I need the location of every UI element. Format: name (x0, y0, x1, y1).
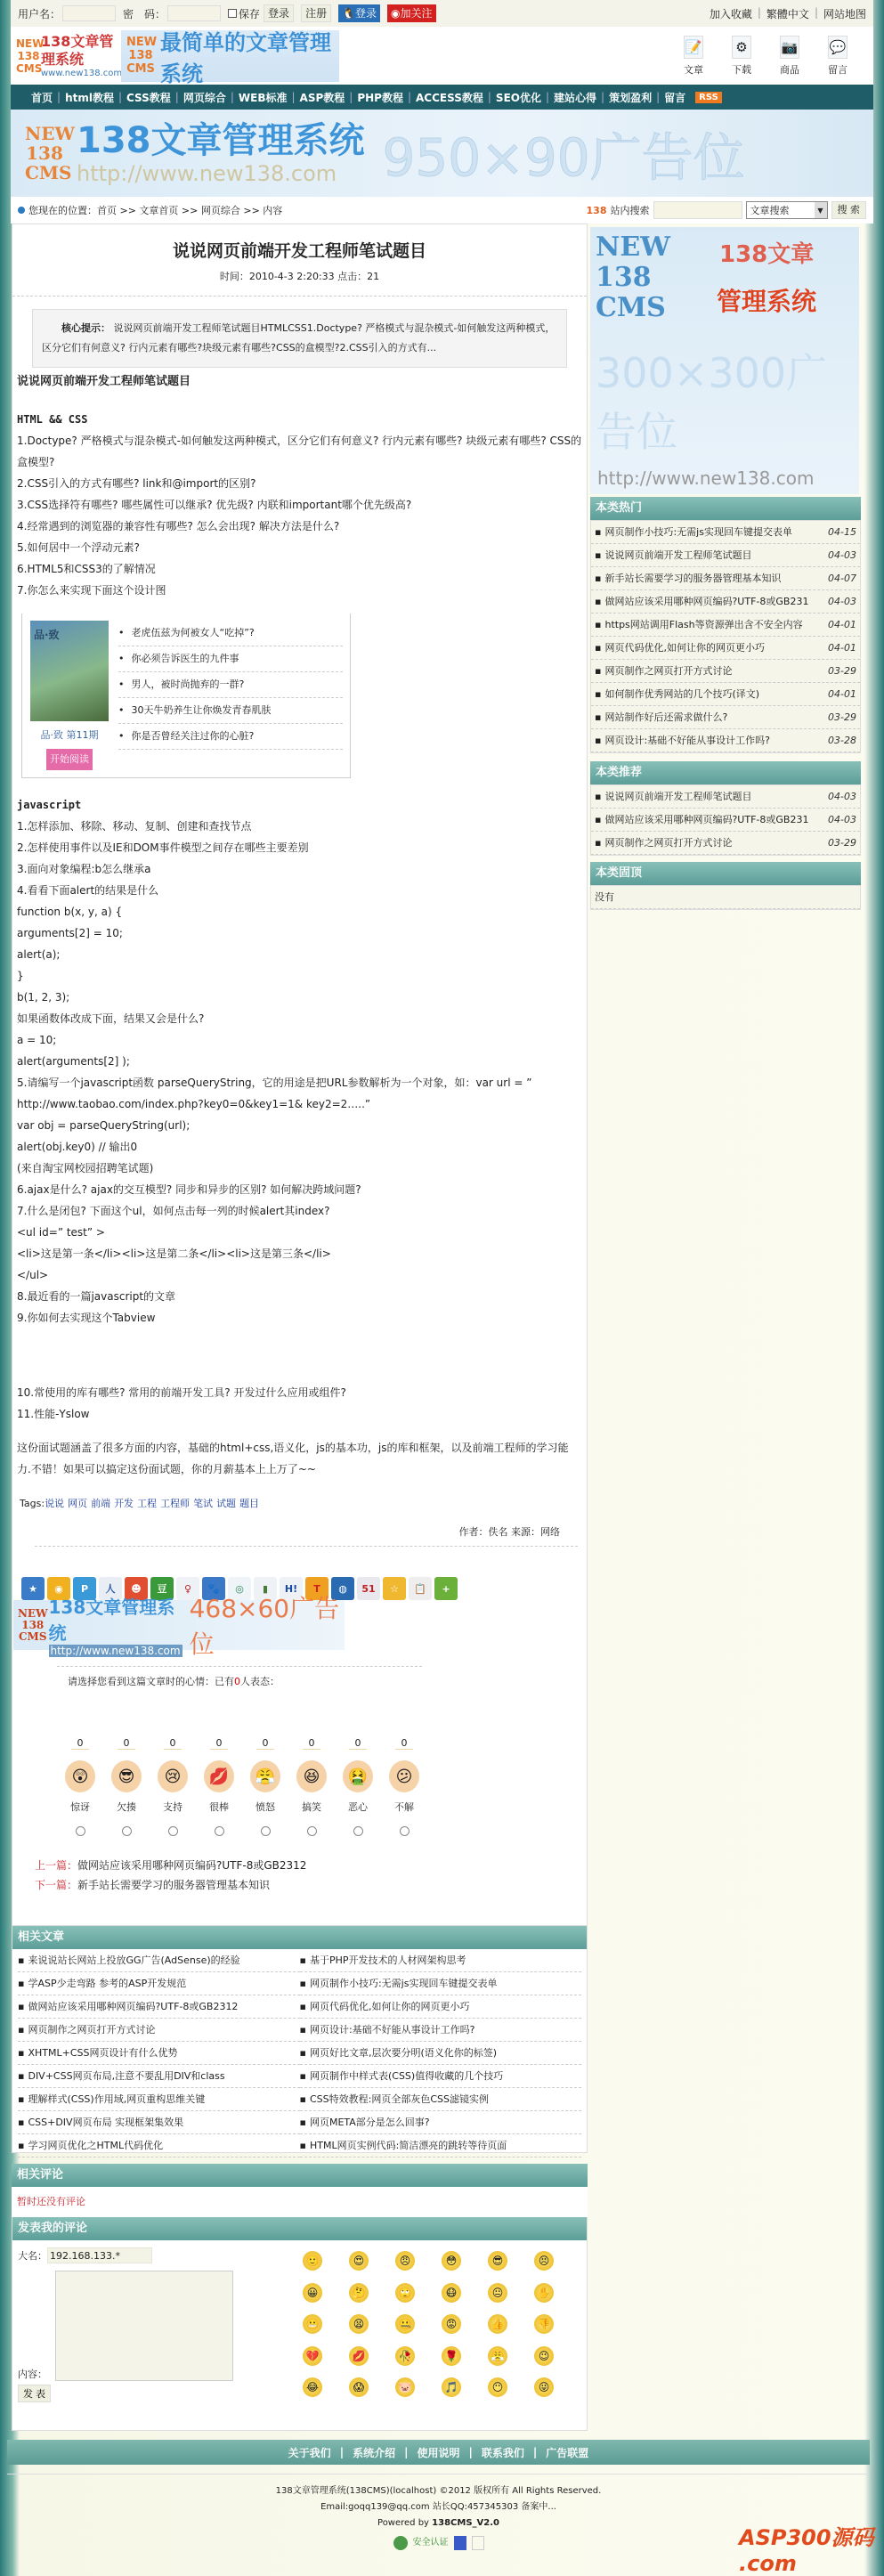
tag-link[interactable]: 题目 (239, 1498, 259, 1509)
article-meta: 时间：2010-4-3 2:20:33 点击：21 (12, 269, 587, 297)
bullet-icon (18, 207, 25, 214)
related-item[interactable]: 网页制作之网页打开方式讨论 (18, 2019, 300, 2042)
remember-checkbox[interactable]: 保存 (228, 6, 260, 21)
emoticon-icon[interactable]: 😳 (442, 2251, 461, 2271)
emoticon-icon[interactable]: 🌹 (442, 2346, 461, 2366)
footer-intro-link[interactable]: 系统介绍 (353, 2445, 395, 2460)
footer-ad-link[interactable]: 广告联盟 (546, 2445, 588, 2460)
tag-link[interactable]: 前端 (91, 1498, 110, 1509)
article-body: 说说网页前端开发工程师笔试题目 HTML && CSS 1.Doctype? 严… (12, 371, 587, 1480)
support-face-icon: 😢 (158, 1760, 188, 1792)
security-shield-icon[interactable] (393, 2536, 408, 2550)
copyright: 138文章管理系统(138CMS)(localhost) ©2012 版权所有 … (7, 2483, 870, 2499)
sidebar-ad-banner[interactable]: NEW 138 CMS 138文章 管理系统 300×300广告位 http:/… (590, 227, 859, 494)
mood-option-great[interactable]: 0💋很棒 (196, 1737, 242, 1836)
mood-option-confused[interactable]: 0😕不解 (381, 1737, 427, 1836)
magazine-cover[interactable]: 品·致 (30, 621, 109, 721)
login-button[interactable]: 登录 (264, 4, 294, 22)
prev-next-nav: 上一篇：做网站应该采用哪种网页编码?UTF-8或GB2312 下一篇：新手站长需… (35, 1856, 587, 1895)
emoticon-icon[interactable]: 😶 (488, 2377, 507, 2397)
tag-link[interactable]: 工程 (137, 1498, 157, 1509)
tag-link[interactable]: 试题 (216, 1498, 236, 1509)
main-nav: 首页| html教程| CSS教程| 网页综合| WEB标准| ASP教程| P… (11, 85, 873, 110)
hot-item[interactable]: 说说网页前端开发工程师笔试题目04-03 (591, 544, 860, 567)
emoticon-icon[interactable]: 😜 (534, 2377, 554, 2397)
angry-face-icon: 😤 (250, 1760, 280, 1792)
weibo-follow-button[interactable]: ◉加关注 (387, 4, 436, 22)
emoticon-icon[interactable]: 😀 (303, 2283, 322, 2303)
tag-link[interactable]: 工程师 (160, 1498, 190, 1509)
emoticon-icon[interactable]: 👎 (534, 2314, 554, 2334)
hot-item[interactable]: 如何制作优秀网站的几个技巧(译文)04-01 (591, 683, 860, 706)
nav-php[interactable]: PHP教程 (353, 90, 408, 105)
recommend-item[interactable]: 网页制作之网页打开方式讨论03-29 (591, 832, 860, 855)
article-panel: 说说网页前端开发工程师笔试题目 时间：2010-4-3 2:20:33 点击：2… (12, 223, 588, 1927)
mood-radio[interactable] (353, 1826, 363, 1836)
emoticon-icon[interactable]: 👍 (488, 2314, 507, 2334)
hot-item[interactable]: 网页设计:基础不好能从事设计工作吗?03-28 (591, 729, 860, 752)
mood-radio[interactable] (307, 1826, 317, 1836)
comment-textarea[interactable] (55, 2271, 233, 2381)
article-conclusion: 这份面试题涵盖了很多方面的内容，基础的html+css,语义化，js的基本功，j… (17, 1437, 582, 1480)
comments-title: 相关评论 (12, 2164, 588, 2187)
recommend-item[interactable]: 做网站应该采用哪种网页编码?UTF-8或GB23104-03 (591, 809, 860, 832)
cnzz-stats-icon[interactable] (472, 2536, 484, 2550)
related-item[interactable]: 网页META部分是怎么回事? (300, 2111, 582, 2134)
magazine-widget: 品·致 品·致 第11期 开始阅读 老虎伍兹为何被女人“吃掉”? 你必须告诉医生… (21, 614, 351, 778)
emoticon-icon[interactable]: 😬 (303, 2314, 322, 2334)
hot-item[interactable]: 网页制作小技巧:无需js实现回车键提交表单04-15 (591, 521, 860, 544)
username-input[interactable] (62, 5, 116, 21)
related-item[interactable]: HTML网页实例代码:简洁漂亮的跳转等待页面 (300, 2134, 582, 2158)
hot-item[interactable]: 做网站应该采用哪种网页编码?UTF-8或GB23104-03 (591, 590, 860, 614)
search-input[interactable] (653, 201, 742, 219)
tag-link[interactable]: 说说 (45, 1498, 64, 1509)
quick-link-shop[interactable]: 📷商品 (772, 36, 807, 77)
article-icon: 📝 (684, 36, 703, 59)
contact-info: Email:goqq139@qq.com 站长QQ:457345303 备案中.… (7, 2499, 870, 2515)
prev-article-link[interactable]: 做网站应该采用哪种网页编码?UTF-8或GB2312 (77, 1859, 306, 1872)
mood-option-disgusting[interactable]: 0🤮恶心 (335, 1737, 381, 1836)
sidebar-pinned: 本类固顶 没有 (590, 862, 861, 910)
emoticon-icon[interactable]: 😱 (349, 2377, 369, 2397)
surprised-face-icon: 😲 (65, 1760, 95, 1792)
magazine-item[interactable]: 老虎伍兹为何被女人“吃掉”? (118, 621, 343, 646)
tag-link[interactable]: 网页 (68, 1498, 87, 1509)
hot-item[interactable]: https网站调用Flash等资源弹出含不安全内容04-01 (591, 614, 860, 637)
comments-section: 相关评论 暂时还没有评论 (12, 2164, 588, 2217)
emoticon-icon[interactable]: 😠 (395, 2251, 415, 2271)
nav-guestbook[interactable]: 留言 (660, 90, 690, 105)
related-item[interactable]: 理解样式(CSS)作用域,网页重构思维关键 (18, 2088, 300, 2111)
chevron-down-icon: ▼ (815, 202, 827, 218)
nav-asp[interactable]: ASP教程 (296, 90, 350, 105)
emoticon-icon[interactable]: 😍 (349, 2251, 369, 2271)
mood-radio[interactable] (261, 1826, 271, 1836)
related-item[interactable]: 网页好比文章,层次要分明(语义化你的标签) (300, 2042, 582, 2065)
emoticon-icon[interactable]: 🙄 (395, 2283, 415, 2303)
mood-option-funny[interactable]: 0😆搞笑 (288, 1737, 335, 1836)
hot-item[interactable]: 网页制作之网页打开方式讨论03-29 (591, 660, 860, 683)
tag-link[interactable]: 开发 (114, 1498, 134, 1509)
site-search: 138站内搜索 文章搜索▼ 搜 索 (587, 201, 866, 219)
top-bar: 用户名： 密 码： 保存 登录 注册 🐧登录 ◉加关注 加入收藏| 繁體中文| … (11, 0, 873, 27)
nav-home[interactable]: 首页 (27, 90, 57, 105)
search-type-select[interactable]: 文章搜索▼ (746, 201, 828, 219)
lips-face-icon: 💋 (204, 1760, 234, 1792)
related-item[interactable]: 网页代码优化,如何让你的网页更小巧 (300, 1995, 582, 2019)
message-icon: 💬 (828, 36, 848, 59)
hot-item[interactable]: 新手站长需要学习的服务器管理基本知识04-07 (591, 567, 860, 590)
nav-html[interactable]: html教程 (61, 90, 118, 105)
emoticon-icon[interactable]: 🥀 (395, 2346, 415, 2366)
article-title: 说说网页前端开发工程师笔试题目 (12, 238, 587, 262)
shop-icon: 📷 (780, 36, 799, 59)
hot-item[interactable]: 网站制作好后还需求做什么?03-29 (591, 706, 860, 729)
related-item[interactable]: 基于PHP开发技术的人材网架构思考 (300, 1949, 582, 1972)
related-item[interactable]: XHTML+CSS网页设计有什么优势 (18, 2042, 300, 2065)
related-item[interactable]: 网页制作小技巧:无需js实现回车键提交表单 (300, 1972, 582, 1995)
nav-css[interactable]: CSS教程 (122, 90, 175, 105)
pinned-empty: 没有 (591, 886, 860, 909)
footer-contact-link[interactable]: 联系我们 (482, 2445, 524, 2460)
traditional-chinese-link[interactable]: 繁體中文 (766, 6, 809, 21)
nav-planning[interactable]: 策划盈利 (604, 90, 656, 105)
magazine-item[interactable]: 男人，被时尚抛弃的一群? (118, 672, 343, 698)
hot-item[interactable]: 网页代码优化,如何让你的网页更小巧04-01 (591, 637, 860, 660)
no-comments: 暂时还没有评论 (12, 2187, 588, 2215)
article-tags: Tags:说说网页前端开发工程工程师笔试试题题目 (12, 1496, 587, 1510)
baidu-stats-icon[interactable] (454, 2536, 466, 2550)
laughing-face-icon: 😆 (296, 1760, 327, 1792)
mood-radio[interactable] (215, 1826, 224, 1836)
emoticon-icon[interactable]: 🐷 (395, 2377, 415, 2397)
footer-about-link[interactable]: 关于我们 (288, 2445, 331, 2460)
more-share-icon[interactable]: + (434, 1577, 458, 1600)
weibo-icon: ◉ (391, 5, 400, 21)
emoticon-picker: 🙂 😍 😠 😳 😎 😣 😀 🤔 🙄 😷 😐 ✋ 😬 😫 🤐 😡 👍 👎 💔 💋 … (303, 2251, 564, 2402)
nav-seo[interactable]: SEO优化 (491, 90, 546, 105)
related-item[interactable]: 来说说站长网站上投放GG广告(AdSense)的经验 (18, 1949, 300, 1972)
mood-option-support[interactable]: 0😢支持 (150, 1737, 196, 1836)
qzone-icon[interactable]: ★ (21, 1577, 45, 1600)
related-item[interactable]: DIV+CSS网页布局,注意不要乱用DIV和class (18, 2065, 300, 2088)
next-article-link[interactable]: 新手站长需要学习的服务器管理基本知识 (77, 1879, 270, 1891)
site-logo[interactable]: NEW 138 CMS 138文章管理系统www.new138.com (16, 30, 114, 82)
related-item[interactable]: 网页制作中样式表(CSS)值得收藏的几个技巧 (300, 2065, 582, 2088)
footer-manual-link[interactable]: 使用说明 (417, 2445, 459, 2460)
rss-button[interactable]: RSS (695, 92, 722, 103)
sidebar-hot: 本类热门 网页制作小技巧:无需js实现回车键提交表单04-15 说说网页前端开发… (590, 497, 861, 753)
related-item[interactable]: 做网站应该采用哪种网页编码?UTF-8或GB2312 (18, 1995, 300, 2019)
emoticon-icon[interactable]: 🤐 (395, 2314, 415, 2334)
mood-radio[interactable] (400, 1826, 410, 1836)
start-reading-button[interactable]: 开始阅读 (46, 749, 93, 770)
mood-option-surprised[interactable]: 0😲惊讶 (57, 1737, 103, 1836)
breadcrumb[interactable]: 您现在的位置：首页 >> 文章首页 >> 网页综合 >> 内容 (28, 203, 282, 217)
site-header: NEW 138 CMS 138文章管理系统www.new138.com NEW … (11, 27, 873, 85)
related-item[interactable]: 学ASP少走弯路 参考的ASP开发规范 (18, 1972, 300, 1995)
article-summary: 核心提示： 说说网页前端开发工程师笔试题目HTMLCSS1.Doctype? 严… (32, 309, 567, 368)
password-input[interactable] (167, 5, 221, 21)
submit-comment-button[interactable]: 发 表 (18, 2385, 51, 2402)
post-comment-title: 发表我的评论 (12, 2217, 587, 2240)
sitemap-link[interactable]: 网站地图 (823, 6, 866, 21)
username-label: 用户名： (18, 6, 61, 21)
clipboard-icon[interactable]: 📋 (409, 1577, 432, 1600)
magazine-item[interactable]: 你是否曾经关注过你的心脏? (118, 724, 343, 750)
nav-web-standards[interactable]: WEB标准 (234, 90, 292, 105)
nav-site-building[interactable]: 建站心得 (549, 90, 601, 105)
confused-face-icon: 😕 (389, 1760, 419, 1792)
qq-icon: 🐧 (342, 5, 355, 21)
post-comment-section: 发表我的评论 大名：192.168.133.* 内容： 发 表 🙂 😍 😠 😳 … (12, 2217, 588, 2431)
emoticon-icon[interactable]: ✋ (534, 2283, 554, 2303)
related-articles: 相关文章 来说说站长网站上投放GG广告(AdSense)的经验 基于PHP开发技… (12, 1925, 588, 2153)
emoticon-icon[interactable]: 🙂 (303, 2251, 322, 2271)
emoticon-icon[interactable]: 🎵 (442, 2377, 461, 2397)
mood-poll: 请选择您看到这篇文章时的心情：已有0人表态： (57, 1666, 422, 1688)
search-button[interactable]: 搜 索 (831, 201, 867, 219)
mood-radio[interactable] (122, 1826, 132, 1836)
emoticon-icon[interactable]: 😎 (488, 2251, 507, 2271)
sidebar-recommend: 本类推荐 说说网页前端开发工程师笔试题目04-03 做网站应该采用哪种网页编码?… (590, 761, 861, 856)
mood-radio[interactable] (168, 1826, 178, 1836)
download-icon: ⚙ (732, 36, 751, 59)
related-item[interactable]: CSS+DIV网页布局 实现框架集效果 (18, 2111, 300, 2134)
emoticon-icon[interactable]: 😫 (349, 2314, 369, 2334)
footer-nav: 关于我们| 系统介绍| 使用说明| 联系我们| 广告联盟 (7, 2440, 870, 2465)
quick-link-message[interactable]: 💬留言 (820, 36, 856, 77)
emoticon-icon[interactable]: 😡 (442, 2314, 461, 2334)
emoticon-icon[interactable]: 😐 (488, 2283, 507, 2303)
favorite-icon[interactable]: ☆ (383, 1577, 406, 1600)
tag-link[interactable]: 笔试 (193, 1498, 213, 1509)
security-cert-link[interactable]: 安全认证 (413, 2535, 449, 2551)
related-item[interactable]: CSS特效教程:网页全部灰色CSS滤镜实例 (300, 2088, 582, 2111)
quick-link-article[interactable]: 📝文章 (676, 36, 711, 77)
related-title: 相关文章 (12, 1926, 587, 1949)
emoticon-icon[interactable]: 😤 (488, 2346, 507, 2366)
mood-option-cocky[interactable]: 0😎欠揍 (103, 1737, 150, 1836)
emoticon-icon[interactable]: 🤔 (349, 2283, 369, 2303)
name-input[interactable]: 192.168.133.* (47, 2247, 152, 2263)
related-item[interactable]: 学习网页优化之HTML代码优化 (18, 2134, 300, 2158)
related-item[interactable]: 网页设计:基础不好能从事设计工作吗? (300, 2019, 582, 2042)
breadcrumb-bar: 您现在的位置：首页 >> 文章首页 >> 网页综合 >> 内容 138站内搜索 … (11, 197, 873, 223)
vomit-face-icon: 🤮 (343, 1760, 373, 1792)
register-button[interactable]: 注册 (301, 4, 331, 22)
mood-option-angry[interactable]: 0😤愤怒 (242, 1737, 288, 1836)
add-favorite-link[interactable]: 加入收藏 (710, 6, 752, 21)
password-label: 密 码： (123, 6, 166, 21)
mid-ad-banner[interactable]: NEW 138 CMS 138文章管理系统http://www.new138.c… (13, 1600, 345, 1650)
article-author: 作者：佚名 来源：网络 (12, 1524, 587, 1539)
qq-login-button[interactable]: 🐧登录 (338, 4, 380, 22)
quick-link-download[interactable]: ⚙下载 (724, 36, 759, 77)
emoticon-icon[interactable]: 💔 (303, 2346, 322, 2366)
emoticon-icon[interactable]: 😉 (534, 2346, 554, 2366)
magazine-item[interactable]: 你必须告诉医生的九件事 (118, 646, 343, 672)
header-banner: NEW 138 CMS 最简单的文章管理系统 (121, 30, 339, 82)
mood-options: 0😲惊讶 0😎欠揍 0😢支持 0💋很棒 0😤愤怒 0😆搞笑 0🤮恶心 0😕不解 (57, 1737, 587, 1836)
emoticon-icon[interactable]: 💋 (349, 2346, 369, 2366)
nav-access[interactable]: ACCESS教程 (411, 90, 488, 105)
emoticon-icon[interactable]: 😂 (303, 2377, 322, 2397)
emoticon-icon[interactable]: 😣 (534, 2251, 554, 2271)
emoticon-icon[interactable]: 😷 (442, 2283, 461, 2303)
51-icon[interactable]: 51 (357, 1577, 380, 1600)
magazine-issue[interactable]: 品·致 第11期 (41, 725, 99, 746)
magazine-item[interactable]: 30天牛奶养生让你焕发青春肌肤 (118, 698, 343, 724)
top-ad-banner[interactable]: NEW 138 CMS 138文章管理系统http://www.new138.c… (11, 110, 873, 197)
recommend-item[interactable]: 说说网页前端开发工程师笔试题目04-03 (591, 785, 860, 809)
mood-radio[interactable] (76, 1826, 85, 1836)
cocky-face-icon: 😎 (111, 1760, 142, 1792)
nav-web-general[interactable]: 网页综合 (179, 90, 231, 105)
asp300-watermark: ASP300源码 .com (739, 2520, 884, 2564)
